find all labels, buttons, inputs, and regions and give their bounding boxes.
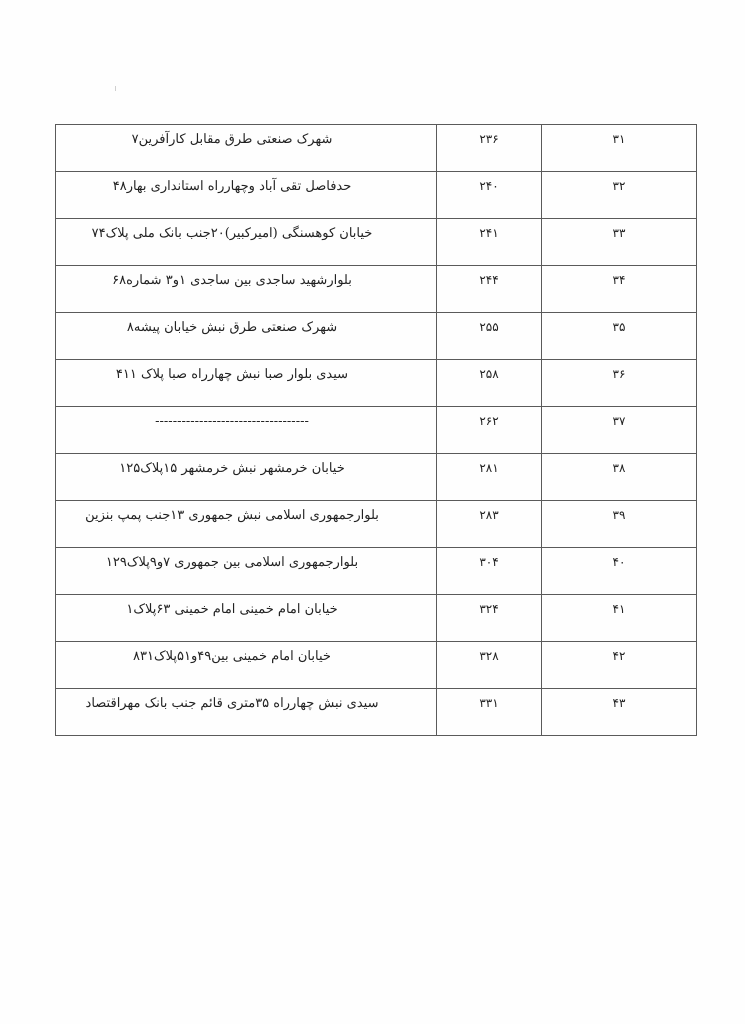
address-cell: خیابان کوهسنگی (امیرکبیر)۲۰جنب بانک ملی … (56, 219, 437, 266)
code-value: ۲۴۱ (437, 219, 541, 240)
address-table: ۳۱ ۲۳۶ شهرک صنعتی طرق مقابل کارآفرین۷ ۳۲… (55, 124, 697, 736)
address-text: شهرک صنعتی طرق نبش خیابان پیشه۸ (56, 313, 436, 334)
row-number-cell: ۴۱ (542, 595, 697, 642)
row-number: ۳۲ (542, 172, 696, 193)
row-number-cell: ۳۷ (542, 407, 697, 454)
row-number-cell: ۳۶ (542, 360, 697, 407)
address-cell: شهرک صنعتی طرق نبش خیابان پیشه۸ (56, 313, 437, 360)
code-value: ۳۲۸ (437, 642, 541, 663)
table-row: ۳۶ ۲۵۸ سیدی بلوار صبا نبش چهارراه صبا پل… (56, 360, 697, 407)
code-cell: ۳۲۸ (437, 642, 542, 689)
code-cell: ۲۴۰ (437, 172, 542, 219)
table-row: ۳۸ ۲۸۱ خیابان خرمشهر نبش خرمشهر ۱۵پلاک۱۲… (56, 454, 697, 501)
row-number: ۳۹ (542, 501, 696, 522)
row-number: ۴۱ (542, 595, 696, 616)
code-value: ۲۵۸ (437, 360, 541, 381)
row-number: ۳۵ (542, 313, 696, 334)
row-number: ۳۷ (542, 407, 696, 428)
code-cell: ۲۶۲ (437, 407, 542, 454)
table-row: ۳۷ ۲۶۲ ---------------------------------… (56, 407, 697, 454)
code-cell: ۲۴۴ (437, 266, 542, 313)
table-row: ۴۳ ۳۳۱ سیدی نبش چهارراه ۳۵متری قائم جنب … (56, 689, 697, 736)
row-number-cell: ۳۵ (542, 313, 697, 360)
address-text: خیابان کوهسنگی (امیرکبیر)۲۰جنب بانک ملی … (56, 219, 436, 240)
code-value: ۲۸۳ (437, 501, 541, 522)
code-value: ۲۴۴ (437, 266, 541, 287)
address-text: شهرک صنعتی طرق مقابل کارآفرین۷ (56, 125, 436, 146)
row-number: ۴۰ (542, 548, 696, 569)
code-value: ۲۳۶ (437, 125, 541, 146)
row-number: ۳۴ (542, 266, 696, 287)
address-cell: خیابان امام خمینی امام خمینی ۶۳پلاک۱ (56, 595, 437, 642)
scanned-page: ۳۱ ۲۳۶ شهرک صنعتی طرق مقابل کارآفرین۷ ۳۲… (0, 0, 745, 1024)
address-cell: خیابان خرمشهر نبش خرمشهر ۱۵پلاک۱۲۵ (56, 454, 437, 501)
table-row: ۳۳ ۲۴۱ خیابان کوهسنگی (امیرکبیر)۲۰جنب با… (56, 219, 697, 266)
row-number: ۳۳ (542, 219, 696, 240)
address-cell: سیدی نبش چهارراه ۳۵متری قائم جنب بانک مه… (56, 689, 437, 736)
address-text: سیدی نبش چهارراه ۳۵متری قائم جنب بانک مه… (56, 689, 436, 710)
address-cell: بلوارجمهوری اسلامی بین جمهوری ۷و۹پلاک۱۲۹ (56, 548, 437, 595)
row-number-cell: ۳۸ (542, 454, 697, 501)
row-number: ۳۶ (542, 360, 696, 381)
table-row: ۴۰ ۳۰۴ بلوارجمهوری اسلامی بین جمهوری ۷و۹… (56, 548, 697, 595)
code-value: ۳۳۱ (437, 689, 541, 710)
address-cell: ----------------------------------- (56, 407, 437, 454)
address-cell: شهرک صنعتی طرق مقابل کارآفرین۷ (56, 125, 437, 172)
code-value: ۳۲۴ (437, 595, 541, 616)
code-cell: ۳۳۱ (437, 689, 542, 736)
address-text: سیدی بلوار صبا نبش چهارراه صبا پلاک ۴۱۱ (56, 360, 436, 381)
code-value: ۲۶۲ (437, 407, 541, 428)
scan-speck (115, 86, 116, 91)
address-text: خیابان خرمشهر نبش خرمشهر ۱۵پلاک۱۲۵ (56, 454, 436, 475)
table-row: ۳۲ ۲۴۰ حدفاصل تقی آباد وچهارراه استاندار… (56, 172, 697, 219)
address-text: بلوارجمهوری اسلامی بین جمهوری ۷و۹پلاک۱۲۹ (56, 548, 436, 569)
row-number: ۳۱ (542, 125, 696, 146)
code-value: ۲۴۰ (437, 172, 541, 193)
table-row: ۴۲ ۳۲۸ خیابان امام خمینی بین۴۹و۵۱پلاک۸۳۱ (56, 642, 697, 689)
row-number-cell: ۴۰ (542, 548, 697, 595)
address-cell: بلوارشهید ساجدی بین ساجدی ۱و۳ شماره۶۸ (56, 266, 437, 313)
address-cell: بلوارجمهوری اسلامی نبش جمهوری ۱۳جنب پمپ … (56, 501, 437, 548)
code-value: ۲۸۱ (437, 454, 541, 475)
code-cell: ۳۲۴ (437, 595, 542, 642)
address-cell: سیدی بلوار صبا نبش چهارراه صبا پلاک ۴۱۱ (56, 360, 437, 407)
address-text: خیابان امام خمینی امام خمینی ۶۳پلاک۱ (56, 595, 436, 616)
row-number-cell: ۳۳ (542, 219, 697, 266)
row-number-cell: ۴۲ (542, 642, 697, 689)
code-cell: ۲۵۵ (437, 313, 542, 360)
table-row: ۳۹ ۲۸۳ بلوارجمهوری اسلامی نبش جمهوری ۱۳ج… (56, 501, 697, 548)
code-cell: ۲۸۳ (437, 501, 542, 548)
code-value: ۳۰۴ (437, 548, 541, 569)
row-number-cell: ۳۱ (542, 125, 697, 172)
address-table-body: ۳۱ ۲۳۶ شهرک صنعتی طرق مقابل کارآفرین۷ ۳۲… (56, 125, 697, 736)
table-row: ۴۱ ۳۲۴ خیابان امام خمینی امام خمینی ۶۳پل… (56, 595, 697, 642)
address-cell: حدفاصل تقی آباد وچهارراه استانداری بهار۴… (56, 172, 437, 219)
row-number-cell: ۴۳ (542, 689, 697, 736)
address-cell: خیابان امام خمینی بین۴۹و۵۱پلاک۸۳۱ (56, 642, 437, 689)
row-number-cell: ۳۴ (542, 266, 697, 313)
row-number-cell: ۳۲ (542, 172, 697, 219)
row-number-cell: ۳۹ (542, 501, 697, 548)
code-value: ۲۵۵ (437, 313, 541, 334)
address-text: بلوارشهید ساجدی بین ساجدی ۱و۳ شماره۶۸ (56, 266, 436, 287)
row-number: ۴۲ (542, 642, 696, 663)
address-text: خیابان امام خمینی بین۴۹و۵۱پلاک۸۳۱ (56, 642, 436, 663)
code-cell: ۲۳۶ (437, 125, 542, 172)
address-text: حدفاصل تقی آباد وچهارراه استانداری بهار۴… (56, 172, 436, 193)
address-placeholder-dashes: ----------------------------------- (56, 407, 436, 428)
code-cell: ۲۴۱ (437, 219, 542, 266)
row-number: ۳۸ (542, 454, 696, 475)
table-row: ۳۱ ۲۳۶ شهرک صنعتی طرق مقابل کارآفرین۷ (56, 125, 697, 172)
row-number: ۴۳ (542, 689, 696, 710)
address-text: بلوارجمهوری اسلامی نبش جمهوری ۱۳جنب پمپ … (56, 501, 436, 522)
table-row: ۳۵ ۲۵۵ شهرک صنعتی طرق نبش خیابان پیشه۸ (56, 313, 697, 360)
code-cell: ۲۵۸ (437, 360, 542, 407)
code-cell: ۲۸۱ (437, 454, 542, 501)
table-row: ۳۴ ۲۴۴ بلوارشهید ساجدی بین ساجدی ۱و۳ شما… (56, 266, 697, 313)
code-cell: ۳۰۴ (437, 548, 542, 595)
